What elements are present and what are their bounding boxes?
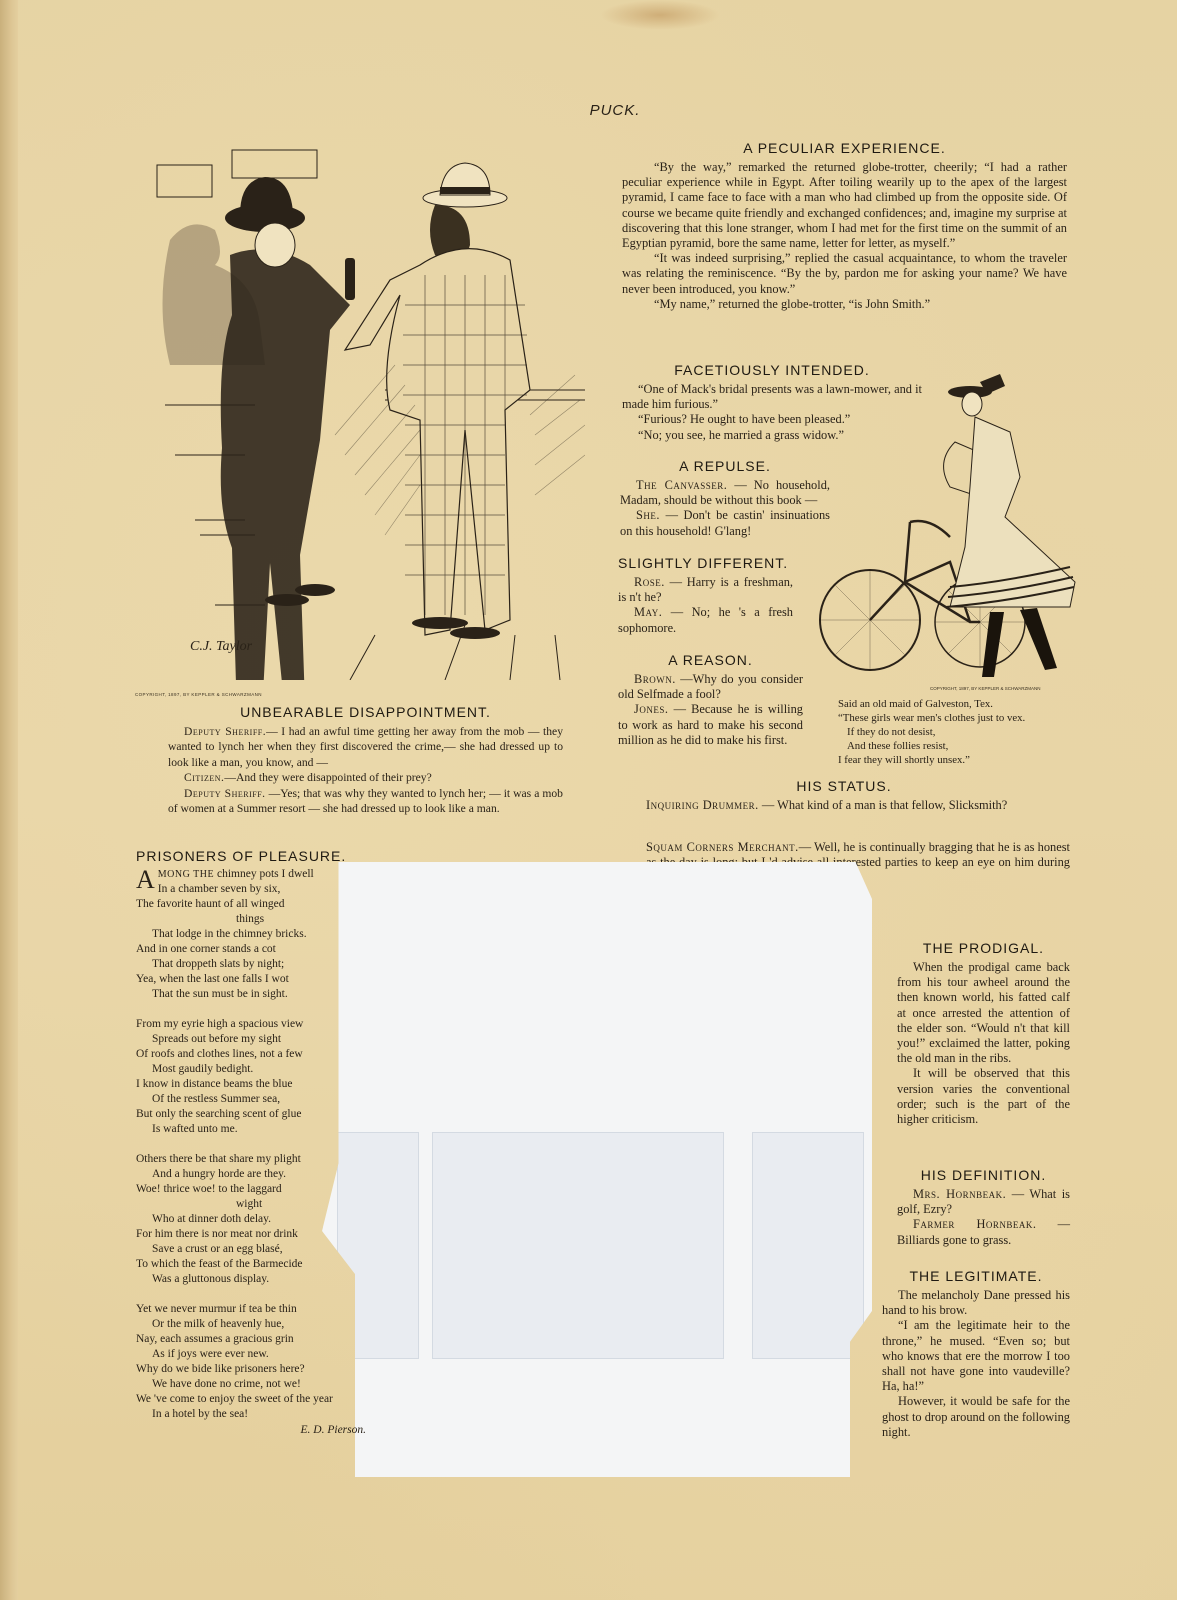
paragraph: “It was indeed surprising,” replied the …	[622, 251, 1067, 297]
article-a-reason: A REASON. Brown. —Why do you consider ol…	[618, 652, 803, 748]
limerick-caption: Said an old maid of Galveston, Tex. “The…	[838, 697, 1068, 767]
opening-small-caps: MONG THE	[158, 869, 214, 880]
bar-scene-drawing: C.J. Taylor	[135, 135, 585, 680]
speaker: The Canvasser.	[636, 478, 727, 492]
masthead: PUCK.	[560, 102, 670, 119]
poem-line: AMONG THE chimney pots I dwell	[136, 867, 366, 882]
limerick-line: “These girls wear men's clothes just to …	[838, 711, 1068, 725]
article-title: A REPULSE.	[620, 458, 830, 474]
limerick-line: And these follies resist,	[838, 739, 1068, 753]
article-title: A REASON.	[618, 652, 803, 668]
poem-title: PRISONERS OF PLEASURE.	[136, 848, 366, 864]
paragraph: However, it would be safe for the ghost …	[882, 1394, 1070, 1440]
cartoon-illustration-bar: C.J. Taylor	[135, 135, 585, 680]
poem-line: To which the feast of the Barmecide	[136, 1257, 366, 1272]
poem-author: E. D. Pierson.	[136, 1423, 366, 1438]
poem-line: For him there is nor meat nor drink	[136, 1227, 366, 1242]
paper-repair-patch	[322, 862, 872, 1477]
poem-line: Others there be that share my plight	[136, 1152, 366, 1167]
poem-line: As if joys were ever new.	[136, 1347, 366, 1362]
speaker: Inquiring Drummer.	[646, 798, 759, 812]
drop-cap: A	[136, 869, 155, 891]
paragraph: The melancholy Dane pressed his hand to …	[882, 1288, 1070, 1318]
poem-line: And a hungry horde are they.	[136, 1167, 366, 1182]
paper-stain	[600, 0, 720, 30]
speaker: Citizen.	[184, 771, 224, 784]
article-title: SLIGHTLY DIFFERENT.	[618, 555, 793, 571]
paragraph: It will be observed that this version va…	[897, 1066, 1070, 1127]
article-his-status: HIS STATUS. Inquiring Drummer. — What ki…	[618, 778, 1070, 813]
speaker: Farmer Hornbeak.	[913, 1217, 1037, 1231]
poem-prisoners-of-pleasure: PRISONERS OF PLEASURE. AMONG THE chimney…	[136, 848, 366, 1438]
paragraph: When the prodigal came back from his tou…	[897, 960, 1070, 1066]
cartoon-signature: C.J. Taylor	[190, 639, 253, 654]
poem-line: Who at dinner doth delay.	[136, 1212, 366, 1227]
illustration-copyright: COPYRIGHT, 1897, BY KEPPLER & SCHWARZMAN…	[930, 686, 1041, 691]
speaker: Squam Corners Merchant.	[646, 840, 799, 854]
speaker: Mrs. Hornbeak.	[913, 1187, 1006, 1201]
article-his-definition: HIS DEFINITION. Mrs. Hornbeak. — What is…	[897, 1167, 1070, 1248]
poem-line: Is wafted unto me.	[136, 1122, 366, 1137]
dialogue: —And they were disappointed of their pre…	[224, 771, 431, 784]
poem-line: That droppeth slats by night;	[136, 957, 366, 972]
poem-line: wight	[136, 1197, 366, 1212]
limerick-line: I fear they will shortly unsex.”	[838, 753, 1068, 767]
speaker: Deputy Sheriff.	[184, 787, 266, 800]
article-slightly-different: SLIGHTLY DIFFERENT. Rose. — Harry is a f…	[618, 555, 793, 636]
newspaper-page: PUCK.	[0, 0, 1177, 1600]
poem-line: The favorite haunt of all winged	[136, 897, 366, 912]
poem-line: I know in distance beams the blue	[136, 1077, 366, 1092]
stanza-break	[136, 1287, 366, 1302]
poem-line: Spreads out before my sight	[136, 1032, 366, 1047]
poem-line: But only the searching scent of glue	[136, 1107, 366, 1122]
limerick-line: Said an old maid of Galveston, Tex.	[838, 697, 1068, 711]
speaker: Rose.	[634, 575, 665, 589]
show-through-illustration	[752, 1132, 864, 1359]
paragraph: “My name,” returned the globe-trotter, “…	[622, 297, 1067, 312]
poem-line: Yet we never murmur if tea be thin	[136, 1302, 366, 1317]
page-binding-edge	[0, 0, 18, 1600]
poem-line: Of the restless Summer sea,	[136, 1092, 366, 1107]
article-unbearable-disappointment: UNBEARABLE DISAPPOINTMENT. Deputy Sherif…	[168, 704, 563, 816]
poem-line: Why do we bide like prisoners here?	[136, 1362, 366, 1377]
poem-line: Woe! thrice woe! to the laggard	[136, 1182, 366, 1197]
paragraph: “I am the legitimate heir to the throne,…	[882, 1318, 1070, 1394]
poem-line: That the sun must be in sight.	[136, 987, 366, 1002]
poem-line: Save a crust or an egg blasé,	[136, 1242, 366, 1257]
cartoon-copyright: COPYRIGHT, 1897, BY KEPPLER & SCHWARZMAN…	[135, 692, 262, 697]
dialogue: — What kind of a man is that fellow, Sli…	[759, 798, 1007, 812]
article-the-legitimate: THE LEGITIMATE. The melancholy Dane pres…	[882, 1268, 1070, 1440]
poem-line: In a hotel by the sea!	[136, 1407, 366, 1422]
article-a-repulse: A REPULSE. The Canvasser. — No household…	[620, 458, 830, 539]
poem-line: And in one corner stands a cot	[136, 942, 366, 957]
paragraph: “By the way,” remarked the returned glob…	[622, 160, 1067, 251]
poem-line: Was a gluttonous display.	[136, 1272, 366, 1287]
poem-line: Of roofs and clothes lines, not a few	[136, 1047, 366, 1062]
article-title: THE PRODIGAL.	[897, 940, 1070, 956]
poem-line: We have done no crime, not we!	[136, 1377, 366, 1392]
article-peculiar-experience: A PECULIAR EXPERIENCE. “By the way,” rem…	[622, 140, 1067, 312]
poem-line: things	[136, 912, 366, 927]
show-through-illustration	[432, 1132, 724, 1359]
poem-line: Or the milk of heavenly hue,	[136, 1317, 366, 1332]
stanza-break	[136, 1137, 366, 1152]
poem-line: We 've come to enjoy the sweet of the ye…	[136, 1392, 366, 1407]
speaker: Jones.	[634, 702, 668, 716]
article-title: UNBEARABLE DISAPPOINTMENT.	[168, 704, 563, 720]
poem-body: AMONG THE chimney pots I dwellIn a chamb…	[136, 867, 366, 1422]
speaker: May.	[634, 605, 662, 619]
poem-line: Nay, each assumes a gracious grin	[136, 1332, 366, 1347]
bicycle-illustration: COPYRIGHT, 1897, BY KEPPLER & SCHWARZMAN…	[810, 372, 1080, 692]
article-title: THE LEGITIMATE.	[882, 1268, 1070, 1284]
stanza-break	[136, 1002, 366, 1017]
article-the-prodigal: THE PRODIGAL. When the prodigal came bac…	[897, 940, 1070, 1127]
poem-line: That lodge in the chimney bricks.	[136, 927, 366, 942]
poem-line: From my eyrie high a spacious view	[136, 1017, 366, 1032]
woman-with-bicycle-drawing: COPYRIGHT, 1897, BY KEPPLER & SCHWARZMAN…	[810, 372, 1080, 692]
speaker: She.	[636, 508, 660, 522]
speaker: Deputy Sheriff.	[184, 725, 266, 738]
speaker: Brown.	[634, 672, 676, 686]
poem-line: Yea, when the last one falls I wot	[136, 972, 366, 987]
poem-line: Most gaudily bedight.	[136, 1062, 366, 1077]
poem-line: In a chamber seven by six,	[136, 882, 366, 897]
limerick-line: If they do not desist,	[838, 725, 1068, 739]
article-title: A PECULIAR EXPERIENCE.	[622, 140, 1067, 156]
article-title: HIS STATUS.	[618, 778, 1070, 794]
article-title: HIS DEFINITION.	[897, 1167, 1070, 1183]
